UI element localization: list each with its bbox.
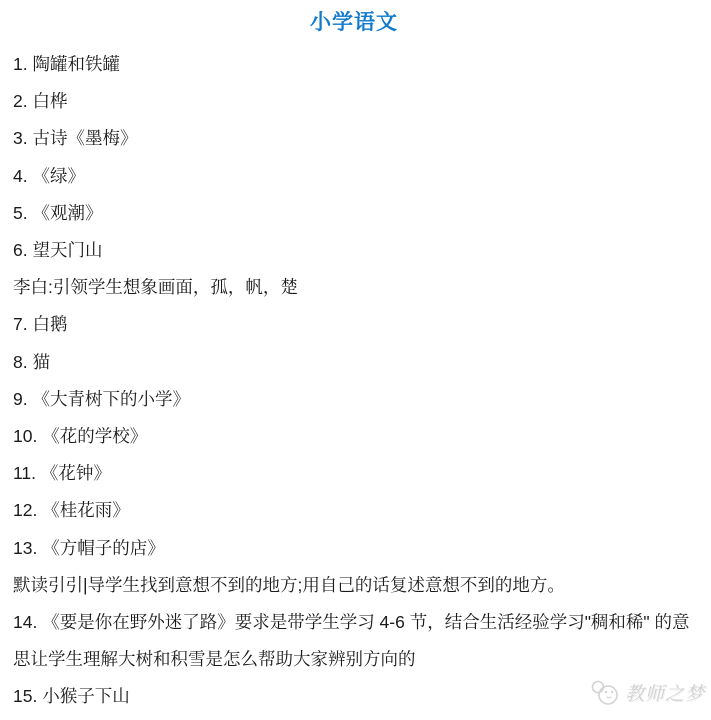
- list-item-12: 12. 《桂花雨》: [13, 492, 695, 529]
- list-item-11: 11. 《花钟》: [13, 455, 695, 492]
- list-item-8: 8. 猫: [13, 344, 695, 381]
- list-item-14: 14. 《要是你在野外迷了路》要求是带学生学习 4-6 节，结合生活经验学习"稠…: [13, 604, 695, 678]
- list-item-3: 3. 古诗《墨梅》: [13, 120, 695, 157]
- list-item-7: 7. 白鹅: [13, 306, 695, 343]
- list-item-1: 1. 陶罐和铁罐: [13, 46, 695, 83]
- list-item-6: 6. 望天门山: [13, 232, 695, 269]
- watermark: 教师之梦: [589, 679, 705, 706]
- list-item-10: 10. 《花的学校》: [13, 418, 695, 455]
- list-item-4: 4. 《绿》: [13, 158, 695, 195]
- note-li-bai: 李白:引领学生想象画面，孤，帆，楚: [13, 269, 695, 306]
- document-page: 小学语文 1. 陶罐和铁罐 2. 白桦 3. 古诗《墨梅》 4. 《绿》 5. …: [0, 0, 711, 720]
- list-item-5: 5. 《观潮》: [13, 195, 695, 232]
- page-title: 小学语文: [13, 9, 695, 37]
- teacher-dream-logo-icon: [589, 680, 621, 706]
- watermark-label: 教师之梦: [625, 679, 705, 706]
- lesson-list: 1. 陶罐和铁罐 2. 白桦 3. 古诗《墨梅》 4. 《绿》 5. 《观潮》 …: [13, 46, 695, 716]
- list-item-9: 9. 《大青树下的小学》: [13, 381, 695, 418]
- list-item-13: 13. 《方帽子的店》: [13, 530, 695, 567]
- list-item-2: 2. 白桦: [13, 83, 695, 120]
- document-content: 小学语文 1. 陶罐和铁罐 2. 白桦 3. 古诗《墨梅》 4. 《绿》 5. …: [0, 0, 711, 716]
- note-silent-reading: 默读引引|导学生找到意想不到的地方;用自己的话复述意想不到的地方。: [13, 567, 695, 604]
